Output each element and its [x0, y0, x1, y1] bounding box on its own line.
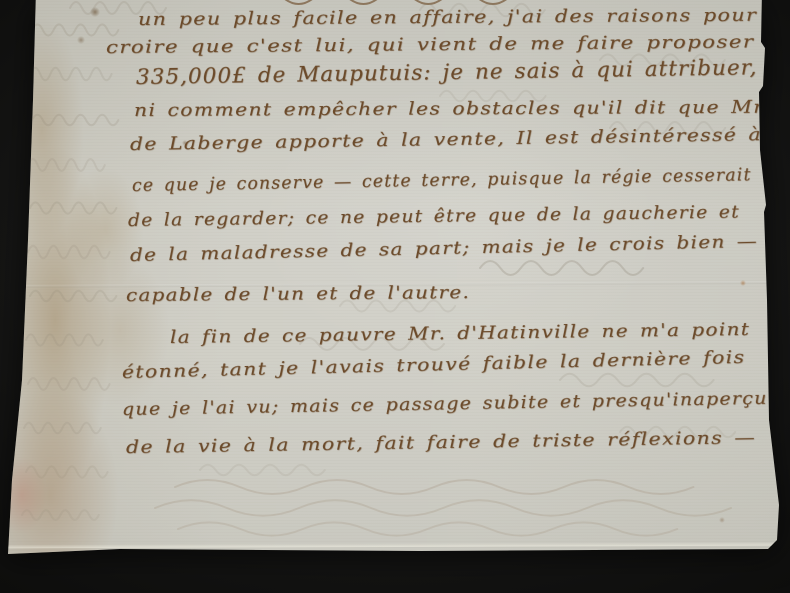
- manuscript-line-9: capable de l'un et de l'autre.: [126, 282, 470, 307]
- manuscript-line-7: de la regarder; ce ne peut être que de l…: [128, 201, 740, 232]
- photo-backdrop: un peu plus facile en affaire, j'ai des …: [0, 0, 790, 593]
- manuscript-line-3: 335,000£ de Mauputuis: je ne sais à qui …: [136, 56, 758, 88]
- manuscript-line-1: un peu plus facile en affaire, j'ai des …: [138, 5, 757, 31]
- manuscript-line-6: ce que je conserve — cette terre, puisqu…: [132, 164, 752, 197]
- manuscript-line-8: de la maladresse de sa part; mais je le …: [130, 231, 759, 267]
- manuscript-page: un peu plus facile en affaire, j'ai des …: [0, 0, 790, 593]
- paper-shadow-wrap: un peu plus facile en affaire, j'ai des …: [0, 0, 790, 593]
- manuscript-line-12: que je l'ai vu; mais ce passage subite e…: [122, 388, 768, 421]
- manuscript-line-10: la fin de ce pauvre Mr. d'Hatinville ne …: [170, 319, 750, 349]
- manuscript-line-4: ni comment empêcher les obstacles qu'il …: [134, 97, 764, 122]
- manuscript-line-13: de la vie à la mort, fait faire de trist…: [126, 427, 756, 459]
- manuscript-line-5: de Laberge apporte à la vente, Il est dé…: [130, 124, 762, 156]
- paper-bottom-edge-highlight: [6, 542, 774, 549]
- manuscript-line-2: croire que c'est lui, qui vient de me fa…: [106, 31, 755, 59]
- manuscript-line-11: étonné, tant je l'avais trouvé faible la…: [122, 347, 746, 384]
